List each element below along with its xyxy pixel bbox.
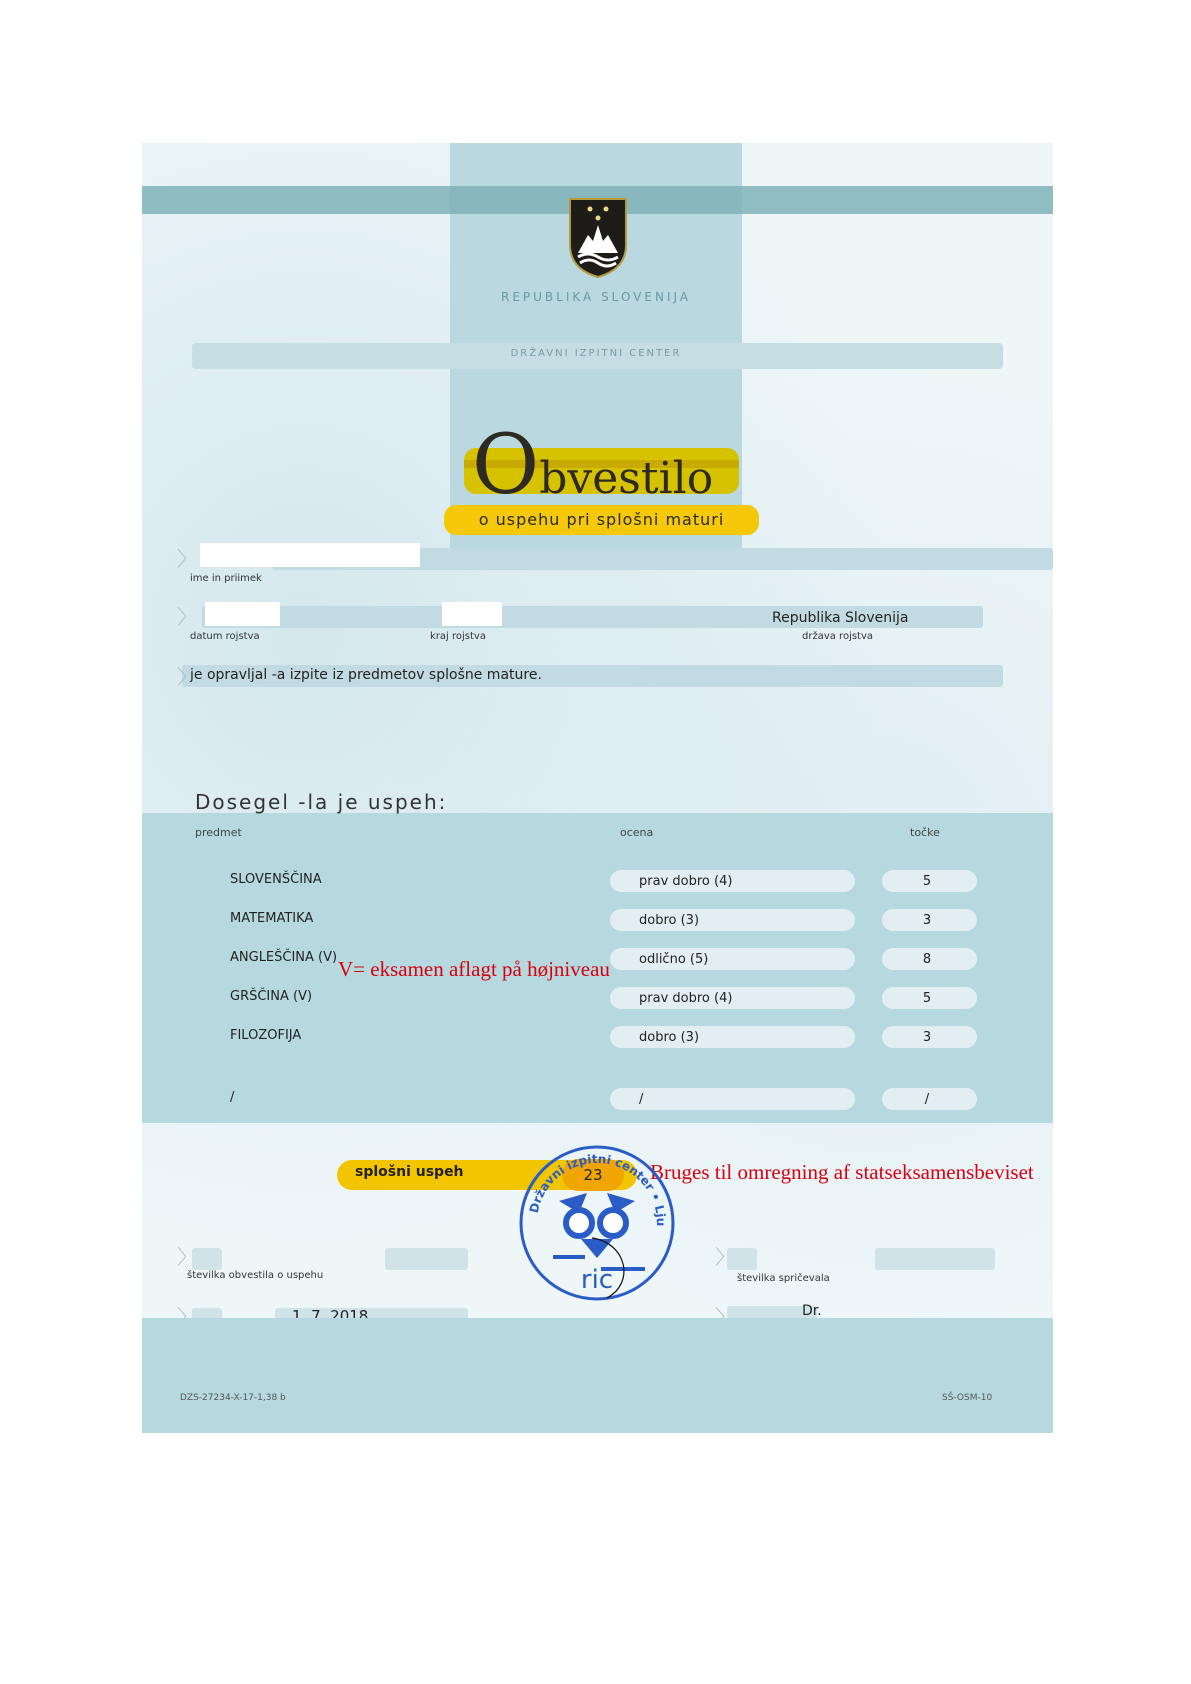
column-grade: ocena <box>620 826 653 839</box>
birth-country-value: Republika Slovenija <box>772 610 909 626</box>
statement-text: je opravljal -a izpite iz predmetov splo… <box>190 667 542 683</box>
birthplace-field <box>442 602 502 626</box>
document-title: Obvestilo <box>472 425 713 507</box>
points-value: 8 <box>907 952 947 967</box>
form-code-right: SŠ-OSM-10 <box>942 1393 992 1403</box>
birthplace-label: kraj rojstva <box>430 631 486 642</box>
grade-value: prav dobro (4) <box>639 874 732 889</box>
column-subject: predmet <box>195 826 242 839</box>
chevron-icon: 〉 <box>177 601 197 630</box>
notice-number-label: številka obvestila o uspehu <box>187 1270 323 1281</box>
points-value: 3 <box>907 913 947 928</box>
level-annotation: V= eksamen aflagt på højniveau <box>338 957 610 982</box>
overall-label: splošni uspeh <box>355 1164 464 1180</box>
dob-label: datum rojstva <box>190 631 260 642</box>
title-rest: bvestilo <box>539 453 713 504</box>
footer-band <box>142 1318 1053 1433</box>
grade-value: dobro (3) <box>639 1030 699 1045</box>
svg-text:ric: ric <box>581 1265 613 1295</box>
overall-annotation: Bruges til omregning af statseksamensbev… <box>650 1160 1034 1185</box>
points-value: 3 <box>907 1030 947 1045</box>
grade-value: prav dobro (4) <box>639 991 732 1006</box>
subject-name: SLOVENŠČINA <box>230 872 322 887</box>
birth-country-label: država rojstva <box>802 631 873 642</box>
document-subtitle: o uspehu pri splošni maturi <box>444 505 759 535</box>
subject-name: / <box>230 1090 234 1105</box>
points-value: 5 <box>907 991 947 1006</box>
official-stamp-icon: Državni izpitni center • Ljubljana ric <box>517 1143 677 1303</box>
grade-value: odlično (5) <box>639 952 708 967</box>
form-code-left: DZS-27234-X-17-1,38 b <box>180 1393 286 1403</box>
certificate-number-field <box>875 1248 995 1270</box>
subject-name: FILOZOFIJA <box>230 1028 301 1043</box>
grade-field <box>610 1088 855 1110</box>
chevron-icon: 〉 <box>715 1241 735 1270</box>
grade-value: dobro (3) <box>639 913 699 928</box>
director-value: Dr. <box>802 1303 822 1319</box>
svg-text:Državni izpitni center • Ljubl: Državni izpitni center • Ljubljana <box>517 1143 668 1226</box>
column-points: točke <box>910 826 940 839</box>
subject-name: GRŠČINA (V) <box>230 989 312 1004</box>
points-value: 5 <box>907 874 947 889</box>
subject-name: ANGLEŠČINA (V) <box>230 950 337 965</box>
certificate-number-label: številka spričevala <box>737 1273 830 1284</box>
subject-name: MATEMATIKA <box>230 911 313 926</box>
coat-of-arms-icon <box>566 195 630 279</box>
results-heading: Dosegel -la je uspeh: <box>195 790 447 814</box>
name-label: ime in priimek <box>190 573 262 584</box>
dob-field <box>205 602 280 626</box>
points-value: / <box>907 1092 947 1107</box>
chevron-icon: 〉 <box>177 543 197 572</box>
country-name: REPUBLIKA SLOVENIJA <box>450 290 742 304</box>
title-initial: O <box>472 418 539 513</box>
notice-number-field <box>385 1248 468 1270</box>
grade-value: / <box>639 1092 643 1107</box>
name-field <box>200 543 420 567</box>
institution-name: DRŽAVNI IZPITNI CENTER <box>450 348 742 359</box>
chevron-icon: 〉 <box>177 1241 197 1270</box>
